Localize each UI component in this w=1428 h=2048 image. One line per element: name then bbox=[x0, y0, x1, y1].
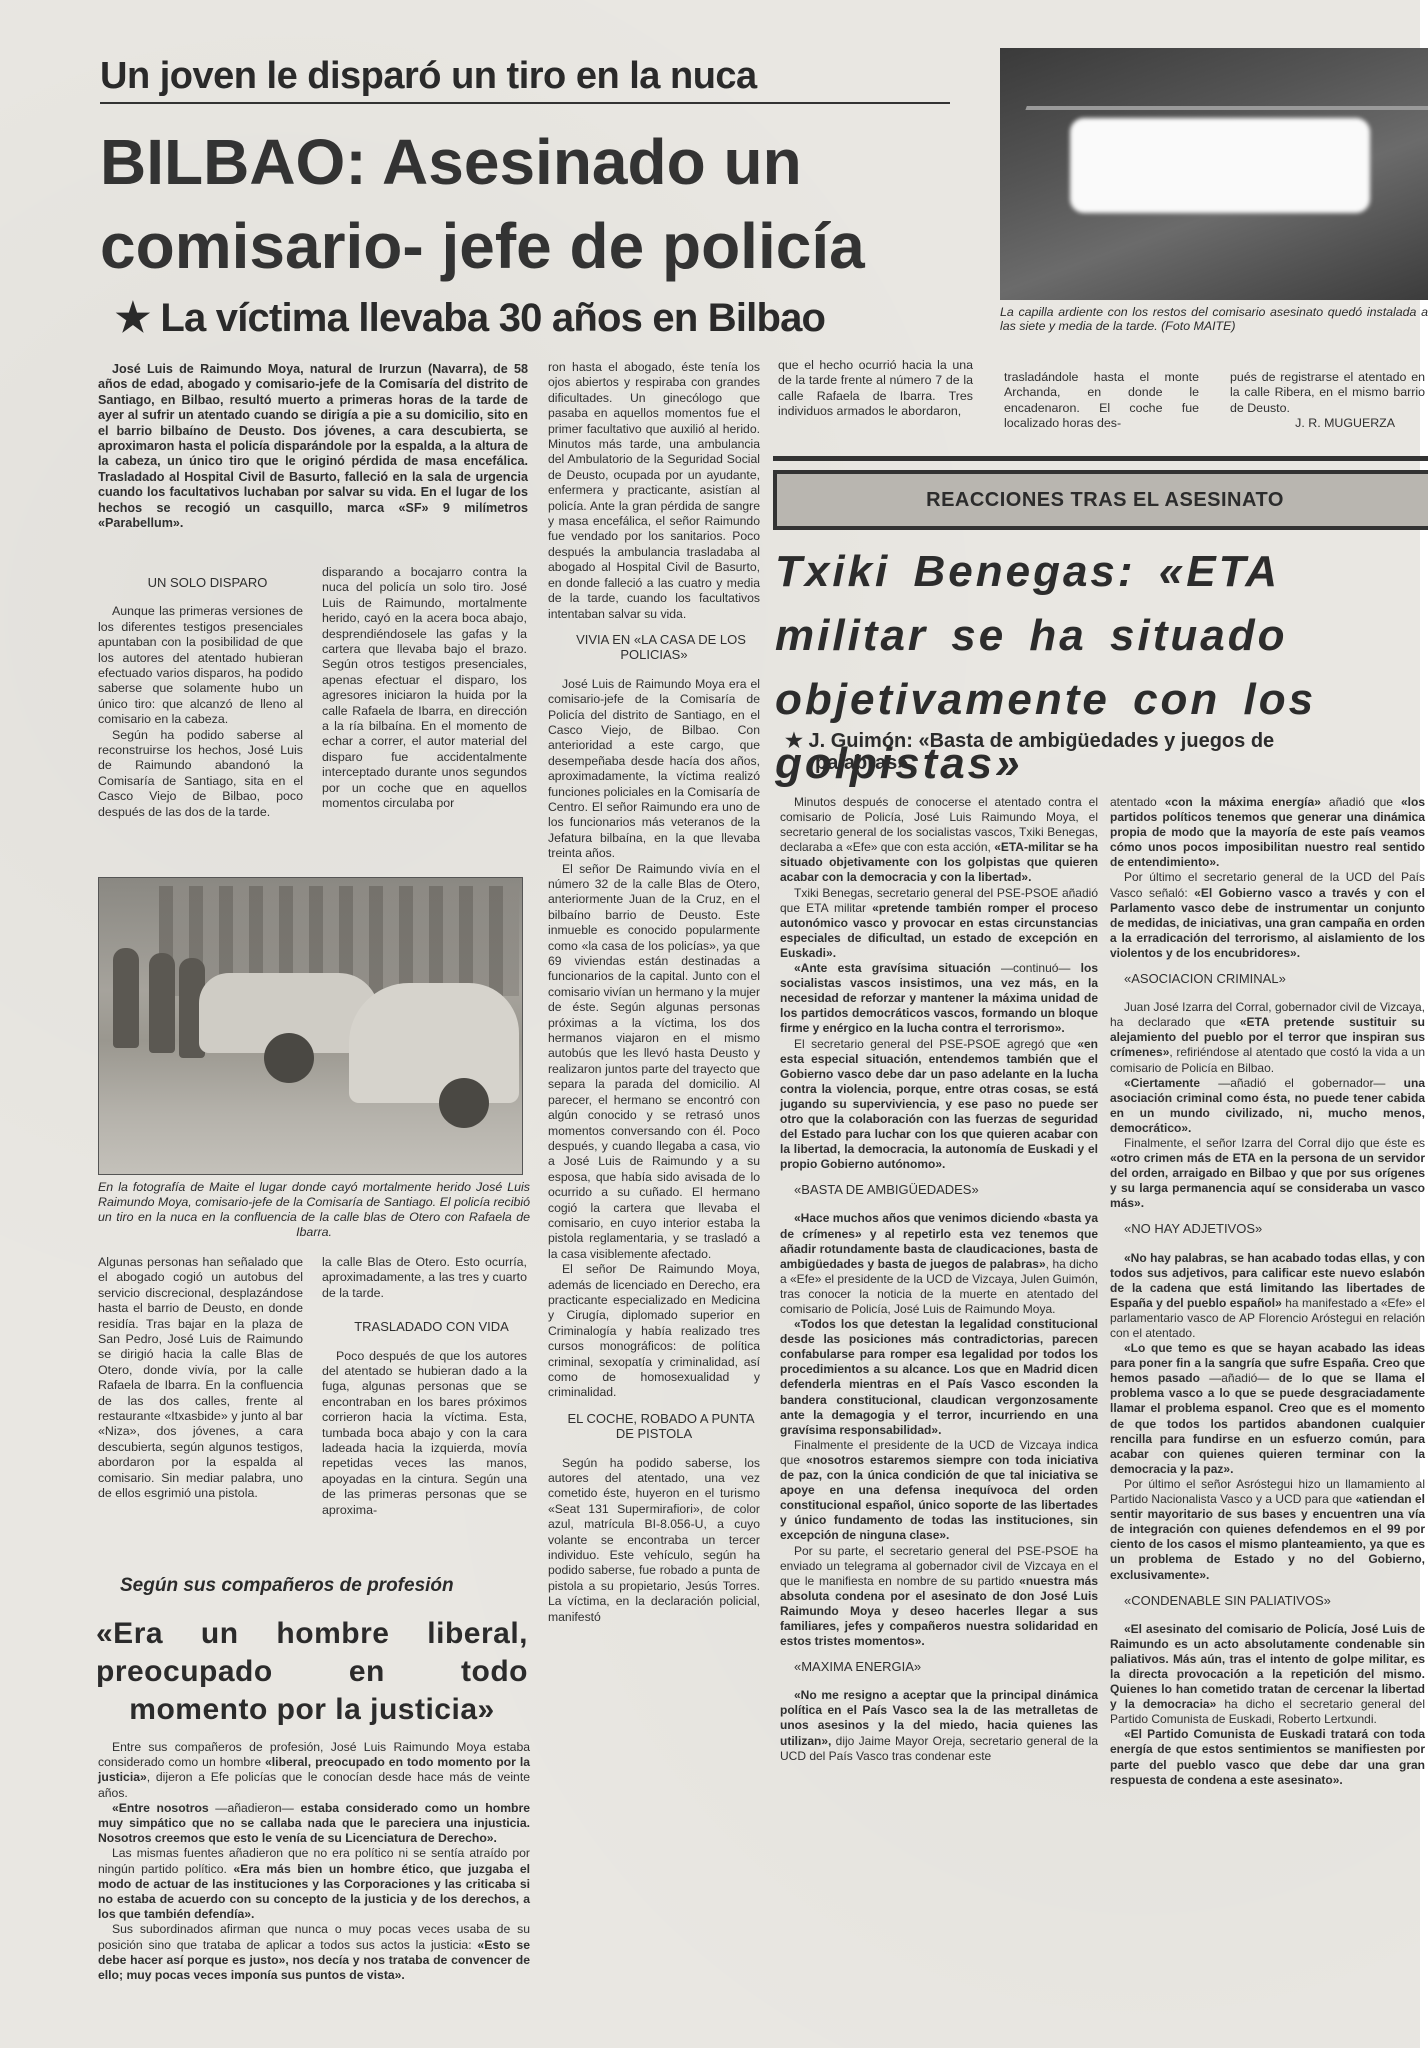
paragraph: «Lo que temo es que se hayan acabado las… bbox=[1110, 1341, 1425, 1477]
paragraph: «No me resigno a aceptar que la principa… bbox=[780, 1688, 1098, 1763]
divider bbox=[773, 456, 1428, 461]
column-2-top: disparando a bocajarro contra la nuca de… bbox=[322, 565, 527, 812]
sidebar-headline: «Era un hombre liberal, preocupado en to… bbox=[96, 1615, 528, 1729]
column-5-top: trasladándole hasta el monte Archanda, e… bbox=[1004, 370, 1199, 432]
section-heading-basta: «BASTA DE AMBIGÜEDADES» bbox=[780, 1182, 1098, 1197]
section-heading-vivia-en-la-casa: VIVIA EN «LA CASA DE LOS POLICIAS» bbox=[548, 632, 760, 663]
lead-paragraph: José Luis de Raimundo Moya, natural de I… bbox=[98, 362, 528, 531]
paragraph: «Entre nosotros —añadieron— estaba consi… bbox=[98, 1801, 530, 1847]
reactions-subheadline: ★ J. Guimón: «Basta de ambigüedades y ju… bbox=[785, 730, 1428, 774]
paragraph: trasladándole hasta el monte Archanda, e… bbox=[1004, 370, 1199, 432]
paragraph: «No hay palabras, se han acabado todas e… bbox=[1110, 1251, 1425, 1342]
paragraph: Poco después de que los autores del aten… bbox=[322, 1349, 527, 1518]
paragraph: Finalmente, el señor Izarra del Corral d… bbox=[1110, 1136, 1425, 1211]
photo-person bbox=[149, 953, 175, 1053]
photo-coffin-redacted bbox=[1070, 118, 1370, 213]
photo-wheel bbox=[439, 1078, 489, 1128]
paragraph: «Ante esta gravísima situación —continuó… bbox=[780, 961, 1098, 1036]
paragraph: José Luis de Raimundo Moya era el comisa… bbox=[548, 677, 760, 862]
section-heading-asociacion-criminal: «ASOCIACION CRIMINAL» bbox=[1110, 971, 1425, 986]
paragraph: pués de registrarse el atentado en la ca… bbox=[1230, 370, 1425, 416]
sidebar-kicker: Según sus compañeros de profesión bbox=[120, 1575, 520, 1597]
reactions-column-a: Minutos después de conocerse el atentado… bbox=[780, 795, 1098, 1764]
paragraph: El señor De Raimundo vivía en el número … bbox=[548, 862, 760, 1263]
paragraph: Según ha podido saberse al reconstruirse… bbox=[98, 728, 303, 820]
paragraph: atentado «con la máxima energía» añadió … bbox=[1110, 795, 1425, 870]
photo-capilla-caption: La capilla ardiente con los restos del c… bbox=[1000, 305, 1428, 333]
photo-wheel bbox=[264, 1033, 314, 1083]
paragraph: «Ciertamente —añadió el gobernador— una … bbox=[1110, 1076, 1425, 1136]
paragraph: Por su parte, el secretario general del … bbox=[780, 1544, 1098, 1650]
main-headline: BILBAO: Asesinado un comisario- jefe de … bbox=[100, 120, 990, 288]
column-3: ron hasta el abogado, éste tenía los ojo… bbox=[548, 360, 760, 1625]
paragraph: la calle Blas de Otero. Esto ocurría, ap… bbox=[322, 1255, 527, 1301]
photo-crime-scene-caption: En la fotografía de Maite el lugar donde… bbox=[98, 1180, 530, 1240]
main-lead: José Luis de Raimundo Moya, natural de I… bbox=[98, 362, 528, 531]
paragraph: ron hasta el abogado, éste tenía los ojo… bbox=[548, 360, 760, 622]
paragraph: El señor De Raimundo Moya, además de lic… bbox=[548, 1262, 760, 1401]
paragraph: «El Partido Comunista de Euskadi tratará… bbox=[1110, 1727, 1425, 1787]
main-headline-line2: comisario- jefe de policía bbox=[100, 204, 990, 288]
paragraph: Por último el señor Asróstegui hizo un l… bbox=[1110, 1477, 1425, 1583]
main-subheadline: ★ La víctima llevaba 30 años en Bilbao bbox=[115, 295, 995, 341]
paragraph: Txiki Benegas, secretario general del PS… bbox=[780, 886, 1098, 961]
paragraph: Por último el secretario general de la U… bbox=[1110, 870, 1425, 961]
section-heading-trasladado-con-vida: TRASLADADO CON VIDA bbox=[322, 1319, 527, 1334]
section-heading-un-solo-disparo: UN SOLO DISPARO bbox=[98, 575, 303, 590]
paragraph: «Todos los que detestan la legalidad con… bbox=[780, 1317, 1098, 1438]
main-headline-line1: BILBAO: Asesinado un bbox=[100, 120, 990, 204]
column-6-top: pués de registrarse el atentado en la ca… bbox=[1230, 370, 1425, 432]
reactions-column-b: atentado «con la máxima energía» añadió … bbox=[1110, 795, 1425, 1788]
paragraph: Entre sus compañeros de profesión, José … bbox=[98, 1740, 530, 1801]
reactions-banner: REACCIONES TRAS EL ASESINATO bbox=[773, 470, 1428, 530]
paragraph: Algunas personas han señalado que el abo… bbox=[98, 1255, 303, 1502]
photo-car bbox=[349, 983, 519, 1103]
paragraph: Juan José Izarra del Corral, gobernador … bbox=[1110, 1000, 1425, 1075]
paragraph: Minutos después de conocerse el atentado… bbox=[780, 795, 1098, 886]
column-1-top: UN SOLO DISPARO Aunque las primeras vers… bbox=[98, 565, 303, 820]
byline: J. R. MUGUERZA bbox=[1230, 416, 1425, 431]
photo-crime-scene bbox=[98, 877, 523, 1175]
paragraph: Según ha podido saberse, los autores del… bbox=[548, 1456, 760, 1625]
section-heading-no-hay-adjetivos: «NO HAY ADJETIVOS» bbox=[1110, 1221, 1425, 1236]
main-kicker: Un joven le disparó un tiro en la nuca bbox=[100, 55, 950, 104]
paragraph: «El asesinato del comisario de Policía, … bbox=[1110, 1622, 1425, 1728]
paragraph: Finalmente el presidente de la UCD de Vi… bbox=[780, 1438, 1098, 1544]
paragraph: Aunque las primeras versiones de los dif… bbox=[98, 604, 303, 727]
column-2-bottom: la calle Blas de Otero. Esto ocurría, ap… bbox=[322, 1255, 527, 1518]
section-heading-condenable: «CONDENABLE SIN PALIATIVOS» bbox=[1110, 1593, 1425, 1608]
paragraph: disparando a bocajarro contra la nuca de… bbox=[322, 565, 527, 812]
sidebar-body: Entre sus compañeros de profesión, José … bbox=[98, 1740, 530, 1983]
photo-capilla-ardiente bbox=[1000, 48, 1428, 300]
paragraph: Sus subordinados afirman que nunca o muy… bbox=[98, 1922, 530, 1983]
paragraph: que el hecho ocurrió hacia la una de la … bbox=[778, 358, 973, 420]
paragraph: «Hace muchos años que venimos diciendo «… bbox=[780, 1211, 1098, 1317]
photo-person bbox=[113, 948, 139, 1048]
paragraph: El secretario general del PSE-PSOE agreg… bbox=[780, 1037, 1098, 1173]
column-4-top: que el hecho ocurrió hacia la una de la … bbox=[778, 358, 973, 420]
section-heading-el-coche: EL COCHE, ROBADO A PUNTA DE PISTOLA bbox=[548, 1411, 760, 1442]
section-heading-maxima-energia: «MAXIMA ENERGIA» bbox=[780, 1659, 1098, 1674]
paragraph: Las mismas fuentes añadieron que no era … bbox=[98, 1846, 530, 1922]
column-1-bottom: Algunas personas han señalado que el abo… bbox=[98, 1255, 303, 1502]
